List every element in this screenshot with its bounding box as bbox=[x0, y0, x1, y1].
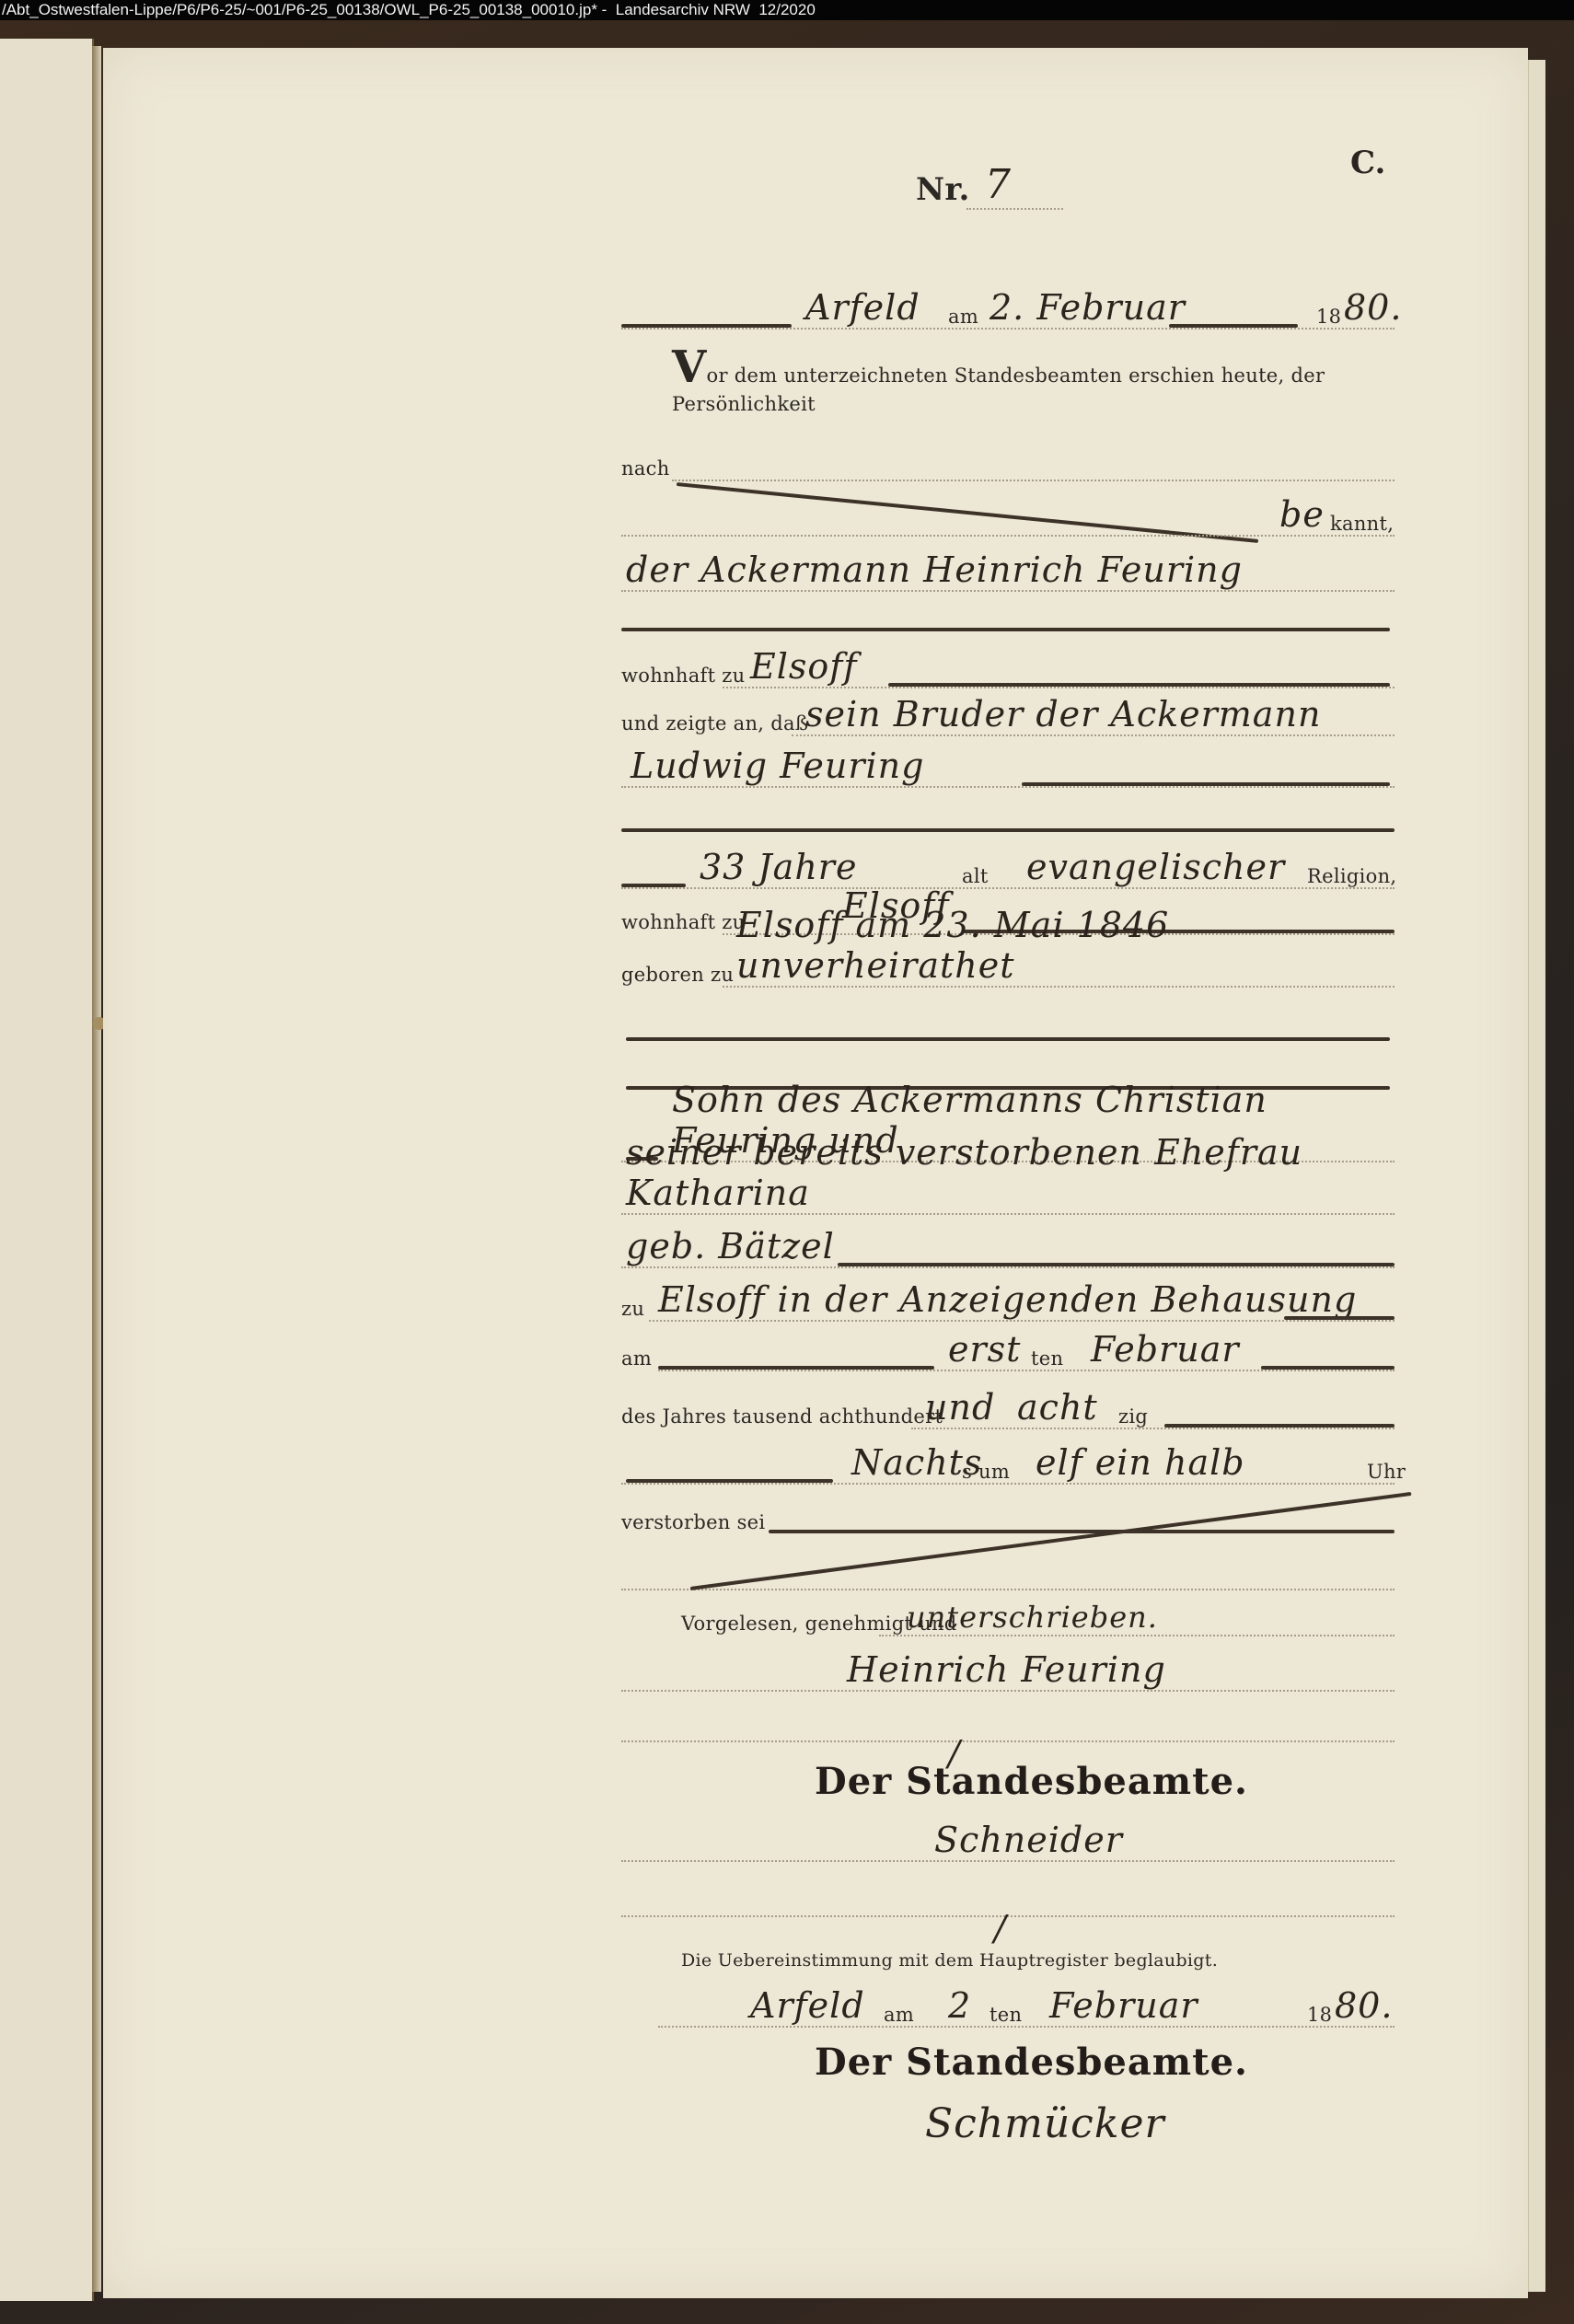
viewer-title-bar: /Abt_Ostwestfalen-Lippe/P6/P6-25/~001/P6… bbox=[0, 0, 1574, 20]
blank-dotted-row bbox=[621, 1557, 1395, 1594]
death-place: Elsoff in der Anzeigenden Behausung bbox=[658, 1279, 1357, 1320]
official-title: Der Standesbeamte. bbox=[815, 1760, 1248, 1803]
um-label: s um bbox=[962, 1461, 1010, 1483]
wohnhaft-label: wohnhaft zu bbox=[621, 665, 746, 687]
signature-blank-row: / bbox=[621, 1709, 1395, 1746]
year-hand-2: acht bbox=[1017, 1387, 1098, 1428]
religion-value: evangelischer bbox=[1026, 847, 1285, 887]
alt-label: alt bbox=[962, 865, 989, 887]
nach-label: nach bbox=[621, 457, 670, 480]
bekannt-hand: be bbox=[1279, 494, 1325, 535]
cert-am: am bbox=[884, 2004, 914, 2026]
geboren-label: geboren zu bbox=[621, 964, 734, 986]
cert-day: 2 bbox=[948, 1985, 971, 2026]
page-stack-edge bbox=[1528, 60, 1545, 2292]
death-place-row: zu Elsoff in der Anzeigenden Behausung bbox=[621, 1289, 1395, 1325]
age: 33 Jahre bbox=[700, 847, 857, 887]
deceased-residence-label: wohnhaft zu bbox=[621, 911, 746, 933]
death-date-row: am erst ten Februar bbox=[621, 1338, 1395, 1375]
deceased-name-row: Ludwig Feuring bbox=[621, 755, 1395, 792]
zeigte-label: und zeigte an, daß bbox=[621, 712, 808, 734]
zu-label: zu bbox=[621, 1298, 644, 1320]
certification-row: Die Uebereinstimmung mit dem Hauptregist… bbox=[621, 1939, 1395, 1976]
official-signature: Schneider bbox=[934, 1820, 1123, 1860]
declarant-filler-row bbox=[621, 600, 1395, 637]
announcement-row: und zeigte an, daß sein Bruder der Acker… bbox=[621, 703, 1395, 740]
parents-line3: geb. Bätzel bbox=[626, 1226, 835, 1266]
zig-label: zig bbox=[1118, 1405, 1148, 1428]
cert-ten: ten bbox=[990, 2004, 1022, 2026]
time-value: elf ein halb bbox=[1036, 1442, 1245, 1483]
intro-text: Vor dem unterzeichneten Standesbeamten e… bbox=[672, 341, 1395, 415]
official-signature-2: Schmücker bbox=[925, 2100, 1165, 2147]
year-hand-1: und bbox=[925, 1387, 995, 1428]
parents-line2: seiner bereits verstorbenen Ehefrau Kath… bbox=[626, 1132, 1395, 1213]
intro-row: Vor dem unterzeichneten Standesbeamten e… bbox=[621, 384, 1395, 421]
official-signature-row: Schneider bbox=[621, 1829, 1395, 1866]
death-day: erst bbox=[948, 1329, 1021, 1370]
year-suffix: 80. bbox=[1344, 287, 1402, 328]
declarant-residence: Elsoff bbox=[750, 646, 857, 687]
declarant-residence-row: wohnhaft zu Elsoff bbox=[621, 655, 1395, 692]
book-gutter bbox=[92, 46, 101, 2292]
deceased-line1: sein Bruder der Ackermann bbox=[805, 694, 1321, 734]
verstorben-label: verstorben sei bbox=[621, 1511, 765, 1533]
cert-year-prefix: 18 bbox=[1307, 2004, 1332, 2026]
ten-label: ten bbox=[1031, 1347, 1063, 1370]
left-page bbox=[0, 39, 94, 2301]
death-year-row: des Jahres tausend achthundert und acht … bbox=[621, 1396, 1395, 1433]
cert-month: Februar bbox=[1049, 1985, 1198, 2026]
vorgelesen-hand: unterschrieben. bbox=[907, 1600, 1158, 1635]
register-page: C. Nr. 7 Arfeld am 2. Februar 18 80. Vor… bbox=[103, 48, 1528, 2298]
am-label: am bbox=[621, 1347, 652, 1370]
record-number-row: Nr. 7 bbox=[916, 177, 1063, 214]
certification-text: Die Uebereinstimmung mit dem Hauptregist… bbox=[681, 1950, 1218, 1971]
parents-row-3: geb. Bätzel bbox=[621, 1235, 1395, 1272]
number-label: Nr. bbox=[916, 171, 970, 208]
nach-row: nach bbox=[621, 448, 1395, 485]
parents-row-2: seiner bereits verstorbenen Ehefrau Kath… bbox=[621, 1182, 1395, 1219]
official-title-2: Der Standesbeamte. bbox=[815, 2041, 1248, 2084]
declarant-signature-row: Heinrich Feuring bbox=[621, 1659, 1395, 1695]
number-value: 7 bbox=[985, 161, 1012, 208]
birth-row: geboren zu Elsoff am 23. Mai 1846 unverh… bbox=[621, 954, 1395, 991]
deceased-name: Ludwig Feuring bbox=[631, 746, 924, 786]
am-label: am bbox=[948, 306, 978, 328]
place-date-row: Arfeld am 2. Februar 18 80. bbox=[621, 296, 1395, 333]
verstorben-row: verstorben sei bbox=[621, 1502, 1395, 1539]
cert-year-suffix: 80. bbox=[1335, 1985, 1393, 2026]
declarant-signature: Heinrich Feuring bbox=[847, 1649, 1166, 1690]
place: Arfeld bbox=[805, 287, 920, 328]
religion-label: Religion, bbox=[1307, 865, 1396, 887]
bekannt-row: be kannt, bbox=[621, 503, 1395, 540]
year-label: des Jahres tausend achthundert bbox=[621, 1405, 943, 1428]
deceased-filler-row bbox=[621, 801, 1395, 838]
death-time-row: Nachts s um elf ein halb Uhr bbox=[621, 1451, 1395, 1488]
declarant-row: der Ackermann Heinrich Feuring bbox=[621, 559, 1395, 595]
intro-initial: V bbox=[672, 341, 707, 393]
cert-place: Arfeld bbox=[750, 1985, 865, 2026]
birth-filler-row bbox=[621, 1010, 1395, 1046]
vorgelesen-row: Vorgelesen, genehmigt und unterschrieben… bbox=[621, 1603, 1395, 1640]
declarant-name: der Ackermann Heinrich Feuring bbox=[626, 549, 1243, 590]
birth-details: Elsoff am 23. Mai 1846 unverheirathet bbox=[736, 905, 1395, 986]
age-religion-row: 33 Jahre alt evangelischer Religion, bbox=[621, 856, 1395, 893]
year-prefix: 18 bbox=[1316, 306, 1341, 328]
official-blank-row: / bbox=[621, 1884, 1395, 1921]
bekannt-print: kannt, bbox=[1330, 513, 1394, 535]
uhr-label: Uhr bbox=[1367, 1461, 1406, 1483]
death-month: Februar bbox=[1091, 1329, 1240, 1370]
certification-date-row: Arfeld am 2 ten Februar 18 80. bbox=[621, 1994, 1395, 2031]
death-record-form: Nr. 7 Arfeld am 2. Februar 18 80. Vor de… bbox=[621, 48, 1399, 2298]
date: 2. Februar bbox=[990, 287, 1186, 328]
